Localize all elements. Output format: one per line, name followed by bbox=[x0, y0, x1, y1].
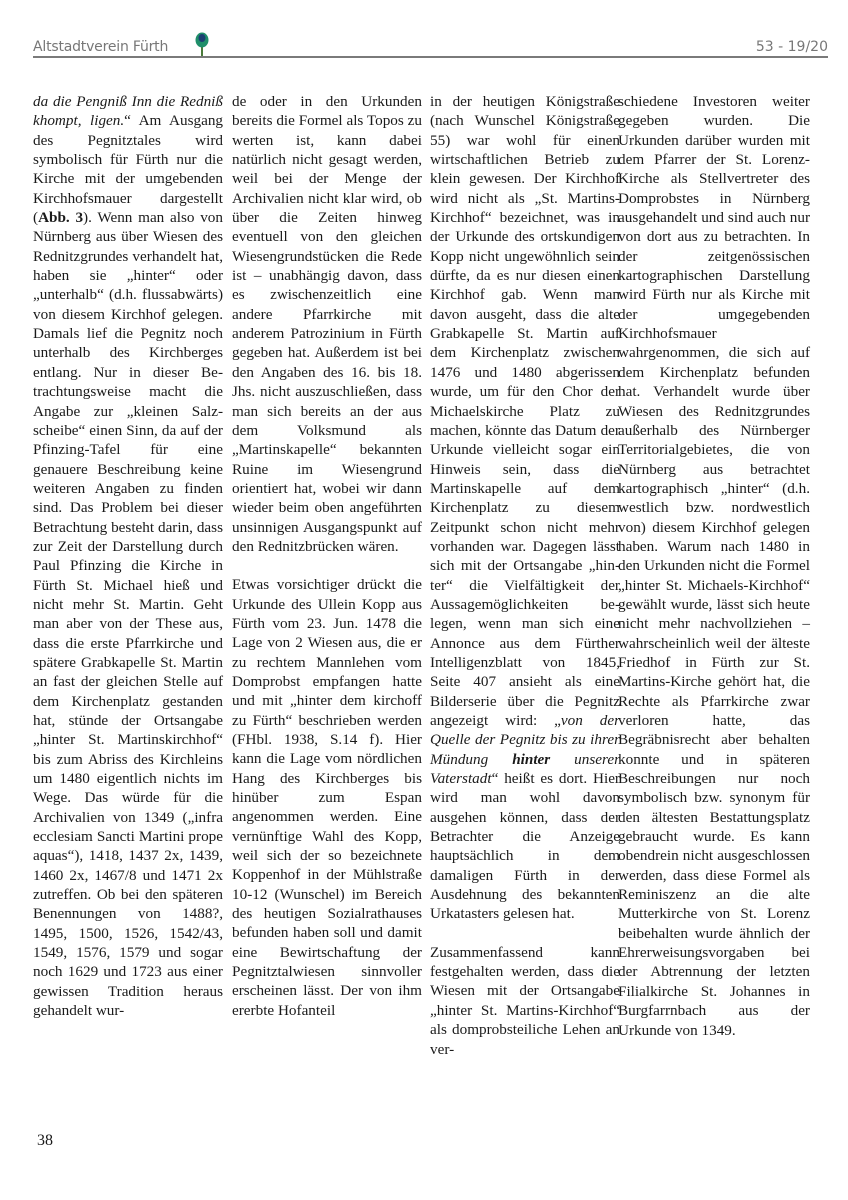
page-number: 38 bbox=[37, 1132, 53, 1150]
paragraph: schiedene Investoren weiter gegeben wurd… bbox=[618, 92, 810, 1040]
text-column-1: da die Pengniß Inn die Red­niß khompt, l… bbox=[33, 92, 223, 1021]
text-column-4: schiedene Investoren weiter gegeben wurd… bbox=[618, 92, 810, 1040]
paragraph: da die Pengniß Inn die Red­niß khompt, l… bbox=[33, 92, 223, 1021]
paragraph: in der heutigen Königstra­ße (nach Wunsc… bbox=[430, 92, 620, 924]
paragraph: Etwas vorsichtiger drückt die Urkunde de… bbox=[232, 575, 422, 1020]
publication-title: Altstadtverein Fürth bbox=[33, 39, 168, 55]
paragraph: Zusammenfassend kann festgehalten werden… bbox=[430, 943, 620, 1059]
text-column-2: de oder in den Urkunden bereits die Form… bbox=[232, 92, 422, 1020]
text-column-3: in der heutigen Königstra­ße (nach Wunsc… bbox=[430, 92, 620, 1059]
running-header: Altstadtverein Fürth 53 - 19/20 bbox=[33, 36, 828, 58]
tree-icon bbox=[195, 32, 209, 56]
paragraph: de oder in den Urkunden bereits die Form… bbox=[232, 92, 422, 556]
issue-number: 53 - 19/20 bbox=[756, 39, 828, 55]
